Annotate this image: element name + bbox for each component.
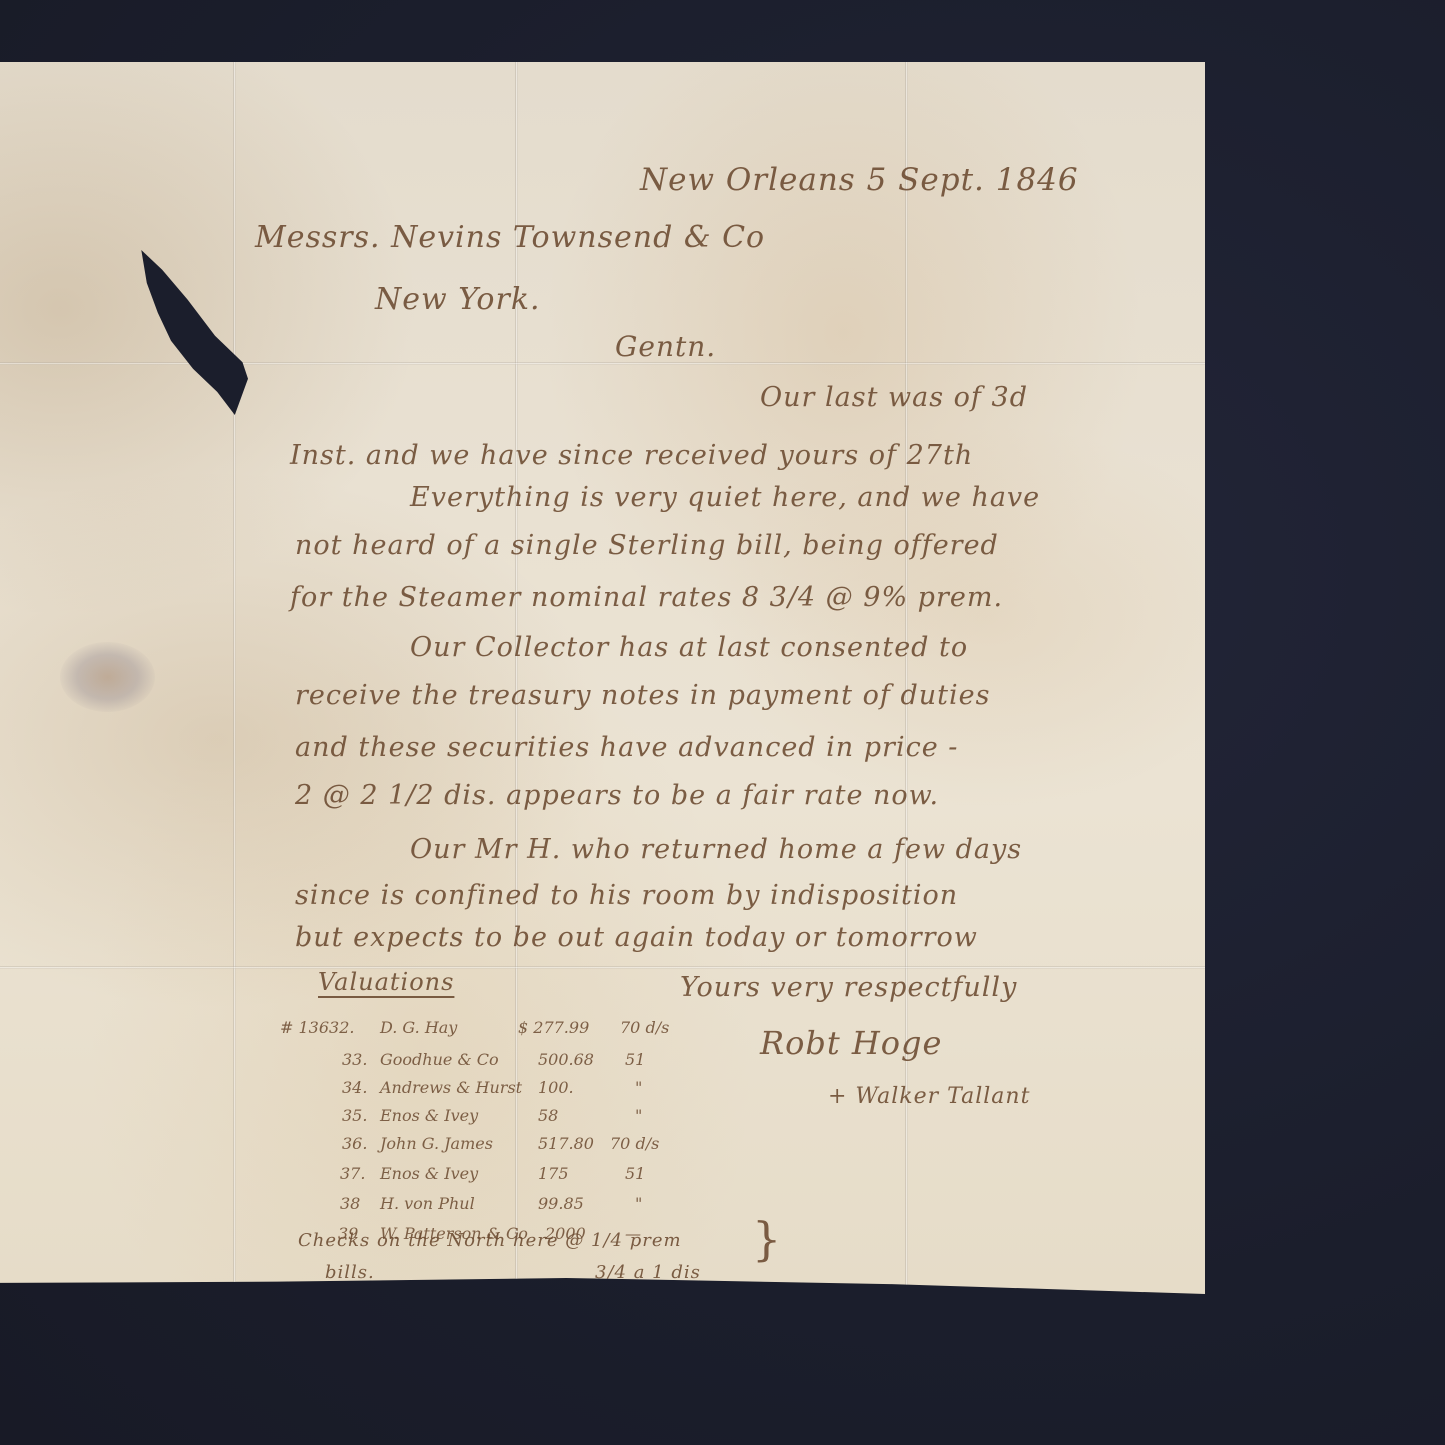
- body-line: for the Steamer nominal rates 8 3/4 @ 9%…: [290, 582, 1003, 613]
- ink-stain: [60, 642, 155, 712]
- body-line: receive the treasury notes in payment of…: [295, 680, 990, 711]
- signature: Robt Hoge: [760, 1024, 942, 1062]
- valuation-note: ": [635, 1106, 642, 1125]
- valuation-num: 37.: [340, 1164, 365, 1183]
- letter-paper: New Orleans 5 Sept. 1846 Messrs. Nevins …: [0, 62, 1205, 1294]
- valuation-name: John G. James: [380, 1134, 493, 1153]
- fold-line-horizontal: [0, 362, 1205, 365]
- valuation-num: # 13632.: [280, 1018, 354, 1037]
- closing: Yours very respectfully: [680, 972, 1017, 1003]
- fold-line-vertical: [233, 62, 236, 1294]
- body-line: and these securities have advanced in pr…: [295, 732, 958, 763]
- valuation-note: 70 d/s: [610, 1134, 659, 1153]
- valuation-note: ": [635, 1194, 642, 1213]
- body-line: Inst. and we have since received yours o…: [290, 440, 973, 471]
- photo-scene: New Orleans 5 Sept. 1846 Messrs. Nevins …: [0, 0, 1445, 1445]
- addressee: Messrs. Nevins Townsend & Co: [255, 220, 765, 255]
- valuations-title: Valuations: [318, 968, 454, 996]
- valuation-num: 36.: [342, 1134, 367, 1153]
- valuation-amount: 58: [538, 1106, 558, 1125]
- valuation-num: 38: [340, 1194, 360, 1213]
- body-line: Everything is very quiet here, and we ha…: [410, 482, 1040, 513]
- valuation-note: 51: [625, 1164, 645, 1183]
- addressee-city: New York.: [375, 282, 541, 317]
- valuation-num: 33.: [342, 1050, 367, 1069]
- valuation-name: H. von Phul: [380, 1194, 475, 1213]
- valuation-name: Goodhue & Co: [380, 1050, 499, 1069]
- valuation-amount: 100.: [538, 1078, 574, 1097]
- footnote-line: 3/4 a 1 dis: [595, 1262, 701, 1283]
- body-line: 2 @ 2 1/2 dis. appears to be a fair rate…: [295, 780, 939, 811]
- body-line: since is confined to his room by indispo…: [295, 880, 958, 911]
- fold-line-horizontal: [0, 966, 1205, 969]
- valuation-num: 34.: [342, 1078, 367, 1097]
- footnote-line: bills.: [325, 1262, 375, 1283]
- body-line: Our Mr H. who returned home a few days: [410, 834, 1022, 865]
- fold-line-vertical: [905, 62, 908, 1294]
- footnote-line: Checks on the North here @ 1/4 prem: [298, 1230, 682, 1251]
- valuation-name: D. G. Hay: [380, 1018, 457, 1037]
- valuation-amount: 500.68: [538, 1050, 594, 1069]
- valuation-amount: 99.85: [538, 1194, 584, 1213]
- valuation-name: Andrews & Hurst: [380, 1078, 522, 1097]
- valuation-name: Enos & Ivey: [380, 1164, 478, 1183]
- valuation-note: 51: [625, 1050, 645, 1069]
- body-line: Our Collector has at last consented to: [410, 632, 968, 663]
- signature-sub: + Walker Tallant: [828, 1084, 1030, 1109]
- valuation-amount: 517.80: [538, 1134, 594, 1153]
- place-date: New Orleans 5 Sept. 1846: [640, 162, 1079, 198]
- valuation-note: ": [635, 1078, 642, 1097]
- valuation-amount: $ 277.99: [518, 1018, 589, 1037]
- valuation-num: 35.: [342, 1106, 367, 1125]
- valuation-note: 70 d/s: [620, 1018, 669, 1037]
- valuation-amount: 175: [538, 1164, 569, 1183]
- valuation-name: Enos & Ivey: [380, 1106, 478, 1125]
- body-line: but expects to be out again today or tom…: [295, 922, 978, 953]
- paper-tear: [138, 250, 248, 415]
- greeting: Gentn.: [615, 330, 716, 363]
- footnote-brace: }: [752, 1212, 782, 1266]
- body-line: Our last was of 3d: [760, 382, 1028, 413]
- body-line: not heard of a single Sterling bill, bei…: [295, 530, 999, 561]
